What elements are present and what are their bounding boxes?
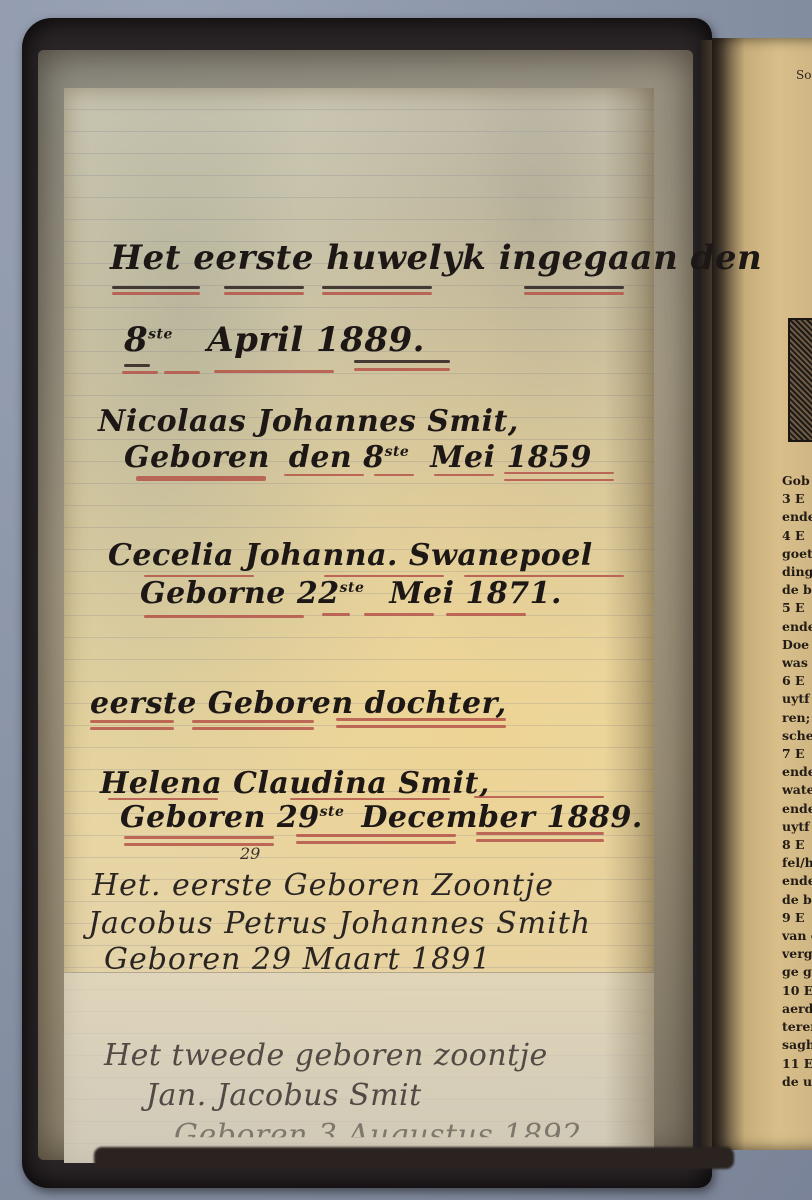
underline	[374, 474, 414, 476]
second-son-name: Jan. Jacobus Smit	[146, 1078, 422, 1113]
bible-text-line: de ba	[782, 891, 812, 909]
bible-text-line: de uy	[782, 1073, 812, 1091]
bible-text-line: schen	[782, 727, 812, 745]
underline	[144, 615, 304, 618]
bible-text-line: ende	[782, 800, 812, 818]
bible-text-line: uytf	[782, 690, 812, 708]
underline	[322, 286, 432, 289]
bible-text-line: ende	[782, 508, 812, 526]
underline	[192, 727, 314, 730]
underline	[476, 832, 604, 835]
bible-text-line: 9 E	[782, 909, 812, 927]
woodcut-illustration	[788, 318, 812, 442]
bible-text-line: teren	[782, 1018, 812, 1036]
bible-text-line: 10 E	[782, 982, 812, 1000]
bible-text-line: 8 E	[782, 836, 812, 854]
second-son-heading: Het tweede geboren zoontje	[104, 1038, 548, 1073]
underline	[192, 720, 314, 723]
underline	[504, 479, 614, 481]
underline	[90, 720, 174, 723]
underline	[354, 368, 450, 371]
bible-text-line: sagh	[782, 1036, 812, 1054]
underline	[164, 371, 200, 374]
husband-birth: Geboren den 8ste Mei 1859	[124, 440, 592, 475]
bible-text-column: Gob3 Eende4 Egoetdingde b5 EendeDoewas6 …	[782, 472, 812, 1091]
bible-text-line: Gob	[782, 472, 812, 490]
bible-text-line: ende	[782, 618, 812, 636]
underline	[124, 364, 150, 367]
underline	[504, 472, 614, 474]
torn-bottom-edge	[94, 1147, 734, 1169]
bible-text-line: ren;	[782, 709, 812, 727]
bible-text-line: van o	[782, 927, 812, 945]
bible-text-line: ding	[782, 563, 812, 581]
underline	[336, 725, 506, 728]
marriage-heading: Het eerste huwelyk ingegaan den	[110, 238, 762, 278]
underline	[322, 613, 350, 616]
wife-name: Cecelia Johanna. Swanepoel	[108, 538, 593, 573]
bible-text-line: 6 E	[782, 672, 812, 690]
first-son-heading: Het. eerste Geboren Zoontje	[92, 868, 554, 903]
bible-text-line: fel/h	[782, 854, 812, 872]
underline	[524, 292, 624, 295]
marriage-date: 8ste April 1889.	[124, 320, 425, 360]
husband-name: Nicolaas Johannes Smit,	[98, 404, 519, 439]
underline	[364, 613, 434, 616]
bible-text-line: 5 E	[782, 599, 812, 617]
first-son-name: Jacobus Petrus Johannes Smith	[88, 906, 591, 941]
bible-text-line: ende	[782, 763, 812, 781]
underline	[112, 292, 200, 295]
underline	[322, 292, 432, 295]
underline	[122, 371, 158, 374]
bible-text-line: ende	[782, 872, 812, 890]
bible-text-line: goet	[782, 545, 812, 563]
underline	[284, 474, 364, 476]
underline	[524, 286, 624, 289]
bible-text-line: wate	[782, 781, 812, 799]
underline	[474, 796, 604, 798]
underline	[446, 613, 526, 616]
underline	[90, 727, 174, 730]
underline	[434, 474, 494, 476]
first-daughter-heading: eerste Geboren dochter,	[90, 686, 507, 721]
underline	[476, 839, 604, 842]
bible-text-line: verga	[782, 945, 812, 963]
underline	[296, 834, 456, 837]
bible-text-line: was	[782, 654, 812, 672]
underline	[224, 292, 304, 295]
underline	[124, 836, 274, 839]
bible-page-header: So	[796, 68, 811, 82]
register-page: Het eerste huwelyk ingegaan den 8ste Apr…	[64, 88, 654, 1163]
bible-text-line: 7 E	[782, 745, 812, 763]
underline	[354, 360, 450, 363]
underline	[214, 370, 334, 373]
underline	[112, 286, 200, 289]
bible-text-line: aerde	[782, 1000, 812, 1018]
underline	[336, 718, 506, 721]
bible-text-line: 3 E	[782, 490, 812, 508]
bible-text-line: de b	[782, 581, 812, 599]
first-daughter-name: Helena Claudina Smit,	[100, 766, 490, 801]
bible-text-line: 11 E	[782, 1055, 812, 1073]
underline	[296, 841, 456, 844]
bible-text-line: ge ge	[782, 963, 812, 981]
bible-text-line: uytf	[782, 818, 812, 836]
bible-text-line: 4 E	[782, 527, 812, 545]
margin-note: 29	[240, 844, 260, 863]
first-daughter-birth: Geboren 29ste December 1889.	[120, 800, 643, 835]
bible-text-line: Doe	[782, 636, 812, 654]
underline	[224, 286, 304, 289]
underline	[136, 476, 266, 481]
first-son-birth: Geboren 29 Maart 1891	[104, 942, 491, 977]
wife-birth: Geborne 22ste Mei 1871.	[140, 576, 562, 611]
